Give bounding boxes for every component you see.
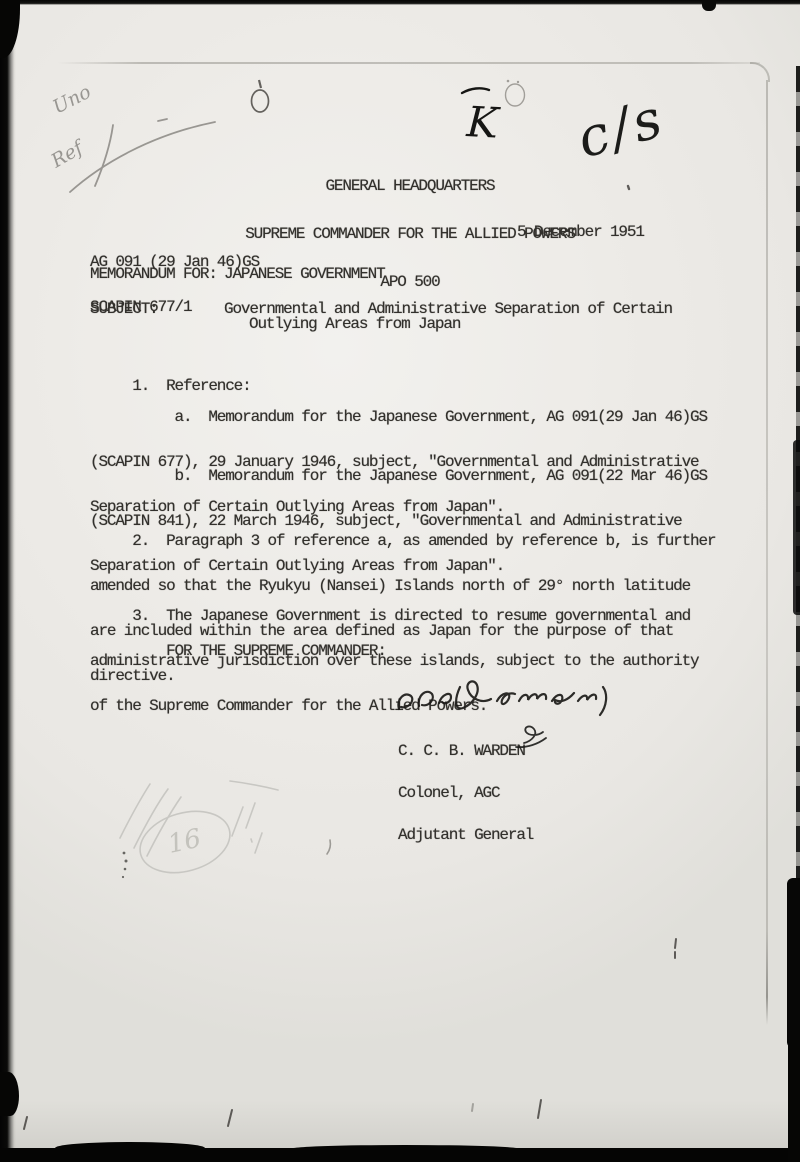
- pencil-date-stroke: [232, 807, 243, 836]
- pencil-dash: [158, 119, 167, 121]
- pencil-date-stroke: [246, 803, 255, 828]
- scan-edge-left: [0, 0, 16, 1162]
- circle-glyph: [252, 90, 269, 112]
- circle-mark-center: [252, 80, 269, 112]
- pencil-cross-stroke: [95, 125, 113, 186]
- cs-text: c/s: [570, 86, 672, 171]
- pencil-sweep-stroke: [70, 122, 215, 192]
- ink-speck: [123, 852, 126, 855]
- pencil-scrawl-line: [120, 784, 150, 838]
- pencil-horizontal-stroke: [230, 781, 278, 790]
- ink-dot: [628, 186, 629, 189]
- tick-above-circle: [259, 80, 261, 88]
- scan-edge-right-patch: [788, 1040, 800, 1162]
- pencil-notes-bottom-left: 16: [120, 781, 278, 883]
- pencil-word-uno: Uno: [49, 81, 94, 119]
- scan-edge-right-patch: [787, 878, 800, 1048]
- tick-mark: [675, 939, 676, 958]
- pencil-dot: [251, 839, 252, 842]
- scan-edge-bottom-bump: [290, 1145, 520, 1153]
- circle-glyph: [506, 84, 525, 106]
- tick-mark: [472, 1104, 473, 1111]
- scan-edge-notch: [702, 0, 716, 11]
- tick-mark: [228, 1110, 232, 1126]
- circled-number-text: 16: [165, 824, 204, 860]
- pencil-date-stroke: [255, 833, 262, 853]
- pencil-scrawl-line: [134, 789, 168, 848]
- tick-mark: [538, 1100, 541, 1118]
- ink-speck: [122, 876, 124, 878]
- handwritten-annotations: Uno Ref K c/s: [0, 0, 800, 1162]
- flourish-loop: [524, 726, 543, 743]
- apostrophe-mark: [327, 840, 330, 854]
- k-letter: K: [464, 97, 502, 148]
- signature-scrawl: [398, 681, 606, 715]
- scan-edge-bottom-bump: [55, 1142, 205, 1154]
- tick-mark: [24, 1117, 27, 1129]
- scan-corner-bottom-left: [0, 1072, 19, 1116]
- k-mark: K: [462, 88, 502, 147]
- agc-flourish: [516, 726, 546, 747]
- umlaut-dot: [517, 81, 519, 83]
- ink-speck: [125, 860, 128, 863]
- pencil-note-top-left: Uno Ref: [47, 81, 215, 192]
- scan-edge-top: [0, 0, 800, 5]
- handwritten-signature: [398, 681, 606, 715]
- ink-speck: [124, 868, 127, 871]
- stray-ink-marks: [24, 186, 676, 1129]
- pencil-word-ref: Ref: [47, 136, 90, 173]
- scan-edge-right-patch: [793, 440, 800, 615]
- cs-initials: c/s: [570, 86, 672, 171]
- scanned-memorandum: GENERAL HEADQUARTERS SUPREME COMMANDER F…: [0, 0, 800, 1162]
- umlaut-dot: [507, 80, 510, 83]
- k-overbar: [462, 88, 489, 93]
- circle-mark-right: [506, 80, 525, 106]
